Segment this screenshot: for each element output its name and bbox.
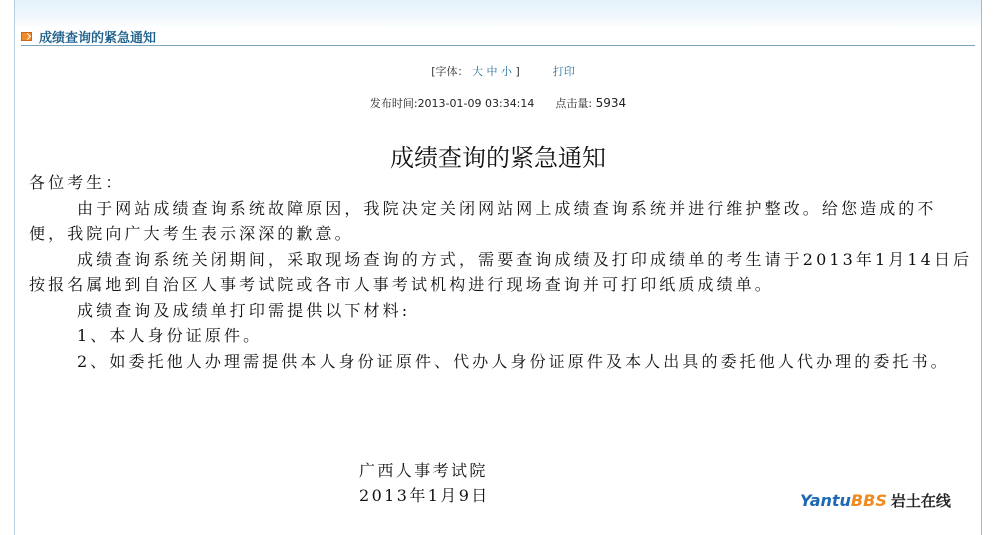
article-title: 成绩查询的紧急通知 (15, 138, 981, 173)
arrow-right-icon (21, 32, 32, 41)
paragraph: 成绩查询系统关闭期间，采取现场查询的方式，需要查询成绩及打印成绩单的考生请于20… (29, 247, 973, 298)
watermark-logo: YantuBBS岩土在线 (800, 490, 951, 511)
font-size-label-close: ] (516, 65, 520, 78)
section-header: 成绩查询的紧急通知 (21, 27, 975, 46)
hits-label: 点击量: (555, 97, 592, 110)
publish-label: 发布时间: (370, 97, 418, 110)
content-frame: 成绩查询的紧急通知 [字体： 大 中 小 ] 打印 发布时间:2013-01-0… (14, 0, 982, 535)
font-large-link[interactable]: 大 (472, 65, 483, 78)
salutation: 各位考生： (29, 170, 973, 196)
paragraph: 成绩查询及成绩单打印需提供以下材料: (29, 298, 973, 324)
paragraph: 由于网站成绩查询系统故障原因，我院决定关闭网站网上成绩查询系统并进行维护整改。给… (29, 196, 973, 247)
article-meta: 发布时间:2013-01-09 03:34:14 点击量: 5934 (15, 95, 981, 111)
hits-count: 5934 (596, 96, 627, 110)
list-item: 2、如委托他人办理需提供本人身份证原件、代办人身份证原件及本人出具的委托他人代办… (29, 349, 973, 375)
header-band (15, 0, 981, 28)
article-tools: [字体： 大 中 小 ] 打印 (15, 63, 981, 79)
publish-time: 2013-01-09 03:34:14 (418, 97, 535, 110)
font-medium-link[interactable]: 中 (487, 65, 498, 78)
signature: 广西人事考试院 2013年1月9日 (359, 458, 490, 508)
list-item: 1、本人身份证原件。 (29, 323, 973, 349)
signature-date: 2013年1月9日 (359, 483, 490, 508)
font-small-link[interactable]: 小 (501, 65, 512, 78)
article-body: 各位考生： 由于网站成绩查询系统故障原因，我院决定关闭网站网上成绩查询系统并进行… (29, 170, 973, 374)
font-size-label: [字体： (431, 65, 468, 78)
section-title: 成绩查询的紧急通知 (39, 27, 156, 46)
signature-org: 广西人事考试院 (359, 458, 490, 483)
print-link[interactable]: 打印 (553, 65, 575, 78)
